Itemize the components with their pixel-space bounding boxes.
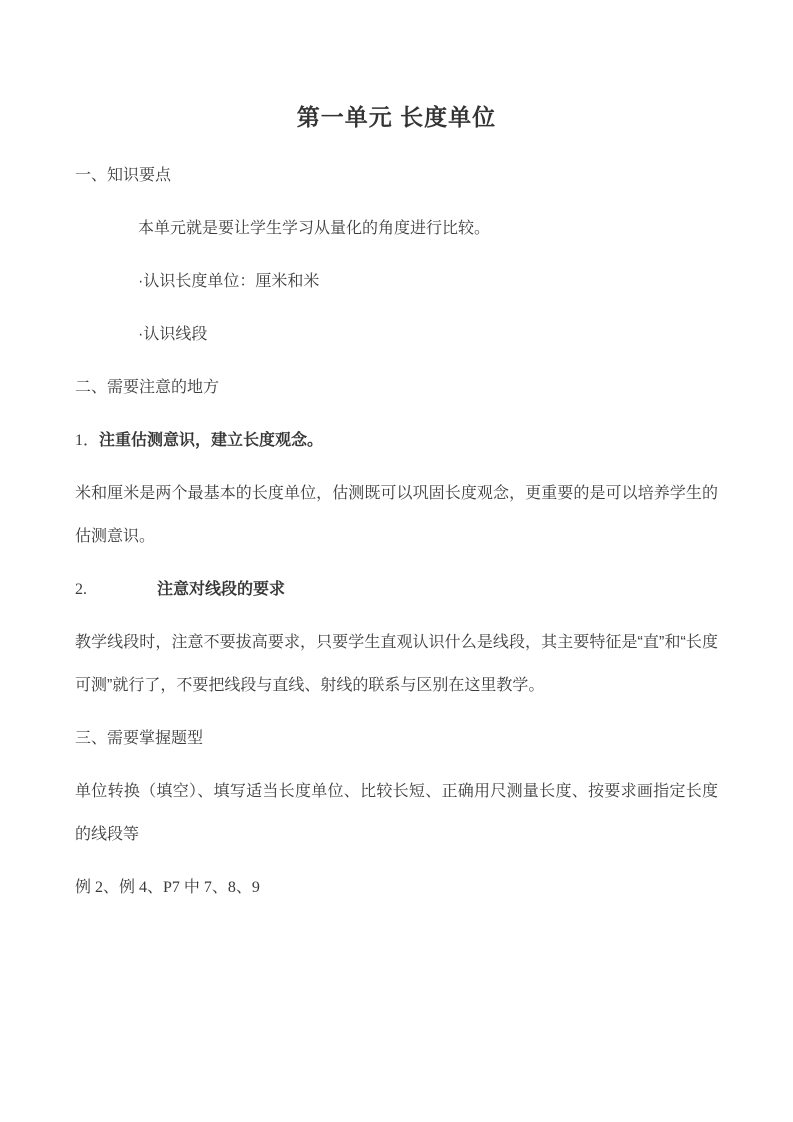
section-2-point-2-body: 教学线段时，注意不要拔高要求，只要学生直观认识什么是线段，其主要特征是“直”和“…: [75, 621, 718, 707]
section-3-paragraph-question-types: 单位转换（填空）、填写适当长度单位、比较长短、正确用尺测量长度、按要求画指定长度…: [75, 770, 718, 856]
document-page: 第一单元 长度单位 一、知识要点 本单元就是要让学生学习从量化的角度进行比较。 …: [0, 0, 793, 1122]
section-1-paragraph-intro: 本单元就是要让学生学习从量化的角度进行比较。: [75, 207, 718, 250]
section-1-bullet-units: ·认识长度单位：厘米和米: [75, 260, 718, 303]
section-2-point-1-title: 1．注重估测意识，建立长度观念。: [75, 419, 718, 462]
section-2-point-2-title: 2.注意对线段的要求: [75, 568, 718, 611]
point-1-number: 1．: [75, 432, 99, 449]
section-1-heading: 一、知识要点: [75, 154, 718, 197]
section-3-heading: 三、需要掌握题型: [75, 717, 718, 760]
point-1-title-text: 注重估测意识，建立长度观念。: [99, 432, 323, 449]
section-2-point-1-body: 米和厘米是两个最基本的长度单位，估测既可以巩固长度观念，更重要的是可以培养学生的…: [75, 472, 718, 558]
section-1-bullet-segments: ·认识线段: [75, 313, 718, 356]
document-title: 第一单元 长度单位: [75, 100, 718, 134]
point-2-title-text: 注意对线段的要求: [157, 581, 285, 598]
section-2-heading: 二、需要注意的地方: [75, 366, 718, 409]
point-2-number: 2.: [75, 581, 87, 598]
section-3-paragraph-examples: 例 2、例 4、P7 中 7、8、9: [75, 866, 718, 909]
